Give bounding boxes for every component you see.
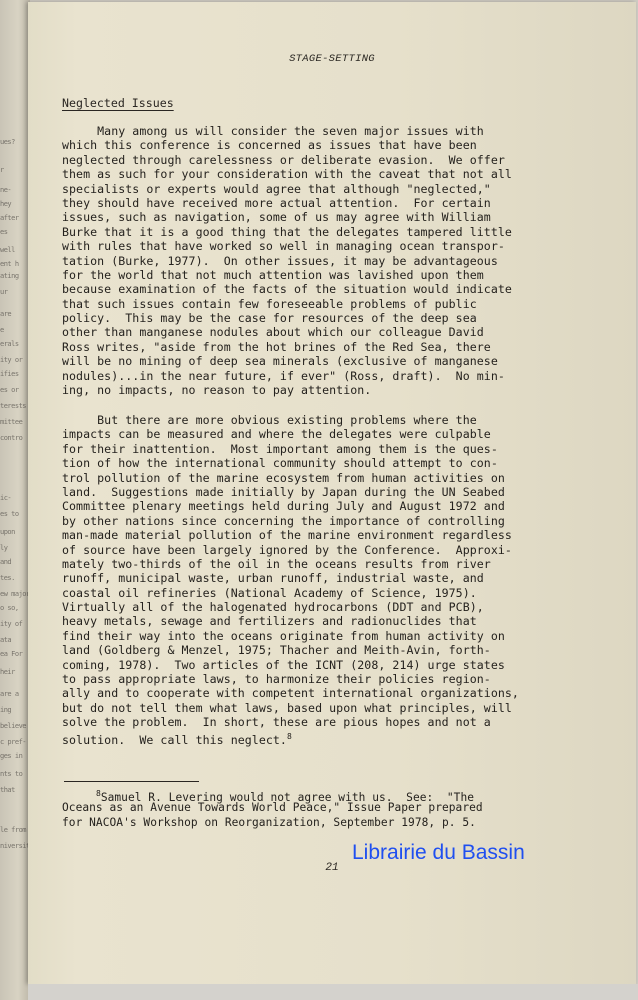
facing-page-text: contro	[0, 434, 22, 442]
watermark: Librairie du Bassin	[352, 841, 525, 865]
facing-page-text: that	[0, 786, 15, 794]
text-line: nodules)...in the near future, if ever" …	[62, 369, 582, 383]
facing-page-text: are	[0, 310, 11, 318]
text-line: coming, 1978). Two articles of the ICNT …	[62, 658, 582, 672]
text-line: for NACOA's Workshop on Reorganization, …	[62, 816, 582, 830]
facing-page-text: well	[0, 246, 15, 254]
facing-page-text: ifies	[0, 370, 19, 378]
section-title: Neglected Issues	[62, 96, 174, 110]
footnote-divider	[64, 781, 199, 782]
facing-page-text: es or	[0, 386, 19, 394]
facing-page-text: terests	[0, 402, 26, 410]
text-line: find their way into the oceans originate…	[62, 629, 582, 643]
text-line: neglected through carelessness or delibe…	[62, 153, 582, 167]
text-line: by other nations since concerning the im…	[62, 514, 582, 528]
text-line: issues, such as navigation, some of us m…	[62, 210, 582, 224]
text-line: man-made material pollution of the marin…	[62, 528, 582, 542]
text-line: solution. We call this neglect.8	[62, 730, 582, 744]
facing-page-text: le from	[0, 826, 26, 834]
facing-page-text: mittee	[0, 418, 22, 426]
background-surface	[28, 984, 638, 1000]
facing-page-text: ly	[0, 544, 7, 552]
facing-page-text: r	[0, 166, 4, 174]
facing-page-text: ity of	[0, 620, 22, 628]
facing-page-text: heir	[0, 668, 15, 676]
text-line: Virtually all of the halogenated hydroca…	[62, 600, 582, 614]
text-line: tation (Burke, 1977). On other issues, i…	[62, 254, 582, 268]
text-line: trol pollution of the marine ecosystem f…	[62, 471, 582, 485]
text-line: runoff, municipal waste, urban runoff, i…	[62, 571, 582, 585]
facing-page-text: believe	[0, 722, 26, 730]
facing-page-text: ating	[0, 272, 19, 280]
document-page: STAGE-SETTING Neglected Issues Many amon…	[28, 2, 636, 984]
facing-page-text: upon	[0, 528, 15, 536]
text-line: But there are more obvious existing prob…	[62, 413, 582, 427]
text-line: mately two-thirds of the oil in the ocea…	[62, 557, 582, 571]
facing-page-text: ic-	[0, 494, 11, 502]
text-line: of source have been largely ignored by t…	[62, 543, 582, 557]
paragraph-1: Many among us will consider the seven ma…	[62, 124, 582, 397]
text-line: 8Samuel R. Levering would not agree with…	[62, 787, 582, 801]
facing-page-text: ew major	[0, 590, 30, 598]
facing-page-text: c pref-	[0, 738, 26, 746]
footnote-reference: 8	[287, 732, 292, 741]
facing-page-edge: ues?rne-heyaftereswellent hatingurareeer…	[0, 0, 30, 1000]
facing-page-text: e	[0, 326, 4, 334]
facing-page-text: ity or	[0, 356, 22, 364]
text-line: tion of how the international community …	[62, 456, 582, 470]
facing-page-text: ea For	[0, 650, 22, 658]
text-line: ally and to cooperate with competent int…	[62, 686, 582, 700]
facing-page-text: ing	[0, 706, 11, 714]
text-line: Many among us will consider the seven ma…	[62, 124, 582, 138]
facing-page-text: ues?	[0, 138, 15, 146]
text-line: solve the problem. In short, these are p…	[62, 715, 582, 729]
text-line: coastal oil refineries (National Academy…	[62, 586, 582, 600]
text-line: Burke that it is a good thing that the d…	[62, 225, 582, 239]
facing-page-text: o so,	[0, 604, 19, 612]
text-line: will be no mining of deep sea minerals (…	[62, 354, 582, 368]
facing-page-text: tes.	[0, 574, 15, 582]
text-line: which this conference is concerned as is…	[62, 138, 582, 152]
text-line: impacts can be measured and where the de…	[62, 427, 582, 441]
footnote-marker: 8	[96, 789, 101, 798]
facing-page-text: hey	[0, 200, 11, 208]
facing-page-text: ur	[0, 288, 7, 296]
facing-page-text: after	[0, 214, 19, 222]
text-line: with rules that have worked so well in m…	[62, 239, 582, 253]
text-line: other than manganese nodules about which…	[62, 325, 582, 339]
text-line: land (Goldberg & Menzel, 1975; Thacher a…	[62, 643, 582, 657]
text-line: specialists or experts would agree that …	[62, 182, 582, 196]
facing-page-text: erals	[0, 340, 19, 348]
text-line: heavy metals, sewage and fertilizers and…	[62, 614, 582, 628]
running-head: STAGE-SETTING	[28, 53, 636, 65]
text-line: to pass appropriate laws, to harmonize t…	[62, 672, 582, 686]
page-number: 21	[28, 862, 636, 874]
text-line: Committee plenary meetings held during J…	[62, 499, 582, 513]
text-line: for the world that not much attention wa…	[62, 268, 582, 282]
text-line: policy. This may be the case for resourc…	[62, 311, 582, 325]
facing-page-text: are a	[0, 690, 19, 698]
facing-page-text: ges in	[0, 752, 22, 760]
facing-page-text: es	[0, 228, 7, 236]
text-line: they should have received more actual at…	[62, 196, 582, 210]
facing-page-text: niversity	[0, 842, 30, 850]
facing-page-text: ne-	[0, 186, 11, 194]
paragraph-2: But there are more obvious existing prob…	[62, 413, 582, 744]
facing-page-text: and	[0, 558, 11, 566]
text-line: because examination of the facts of the …	[62, 282, 582, 296]
text-line: land. Suggestions made initially by Japa…	[62, 485, 582, 499]
text-line: them as such for your consideration with…	[62, 167, 582, 181]
text-line: for their inattention. Most important am…	[62, 442, 582, 456]
facing-page-text: es to	[0, 510, 19, 518]
facing-page-text: ata	[0, 636, 11, 644]
text-line: but do not tell them what laws, based up…	[62, 701, 582, 715]
text-line: Ross writes, "aside from the hot brines …	[62, 340, 582, 354]
text-line: ing, no impacts, no reason to pay attent…	[62, 383, 582, 397]
facing-page-text: ent h	[0, 260, 19, 268]
footnote: 8Samuel R. Levering would not agree with…	[62, 787, 582, 830]
text-line: that such issues contain few foreseeable…	[62, 297, 582, 311]
text-line: Oceans as an Avenue Towards World Peace,…	[62, 801, 582, 815]
facing-page-text: nts to	[0, 770, 22, 778]
